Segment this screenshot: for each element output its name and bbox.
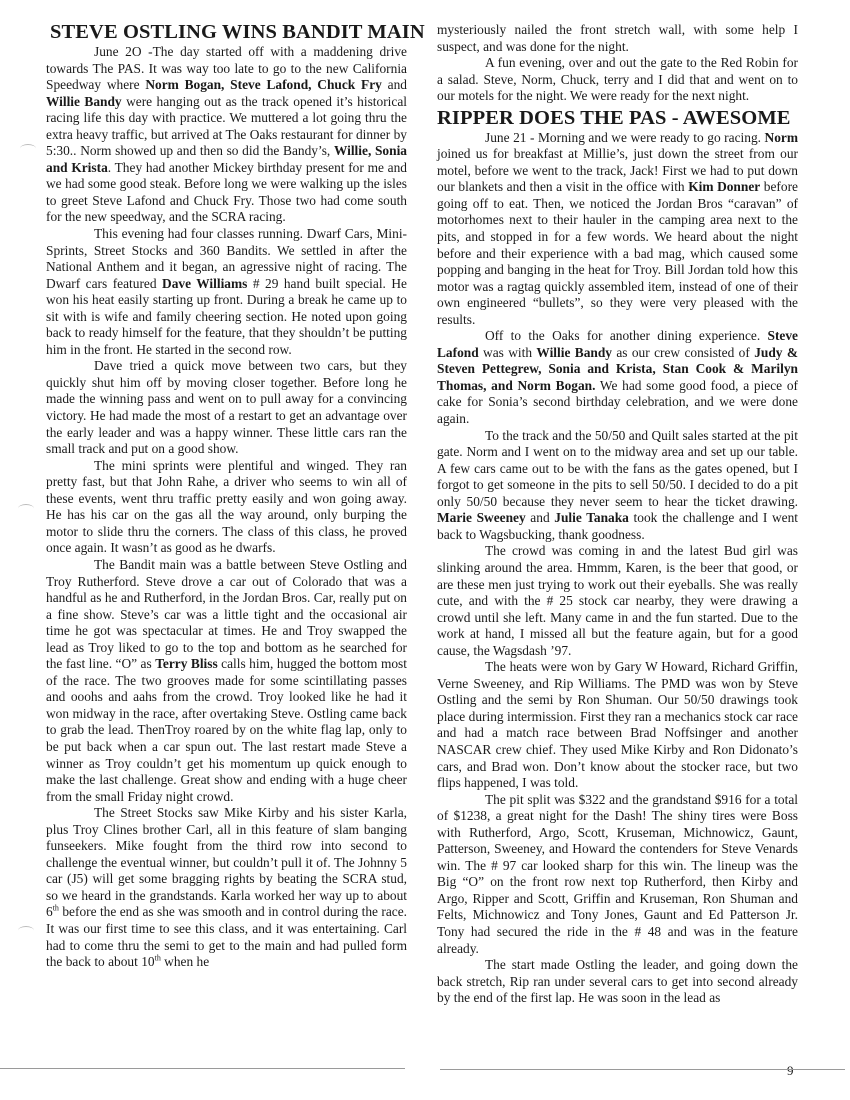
paragraph: The mini sprints were plentiful and wing… xyxy=(46,458,407,557)
paragraph: mysteriously nailed the front stretch wa… xyxy=(437,22,798,55)
scan-edge-line xyxy=(440,1069,845,1070)
right-column: mysteriously nailed the front stretch wa… xyxy=(437,22,798,1007)
bold-name: Julie Tanaka xyxy=(554,510,629,525)
bold-name: Willie, Sonia and Krista xyxy=(46,143,407,175)
bold-name: Willie Bandy xyxy=(536,345,612,360)
newsletter-page: STEVE OSTLING WINS BANDIT MAIN June 2O -… xyxy=(0,0,850,1100)
page-number: 9 xyxy=(787,1063,794,1079)
article-continuation: mysteriously nailed the front stretch wa… xyxy=(437,22,798,105)
binder-hole-mark xyxy=(18,926,34,935)
paragraph: To the track and the 50/50 and Quilt sal… xyxy=(437,428,798,544)
bold-name: Judy & Steven Pettegrew, Sonia and Krist… xyxy=(437,345,798,393)
article-headline-ripper: RIPPER DOES THE PAS - AWESOME xyxy=(437,106,798,130)
bold-name: Willie Bandy xyxy=(46,94,122,109)
paragraph: This evening had four classes running. D… xyxy=(46,226,407,358)
bold-name: Dave Williams xyxy=(162,276,247,291)
binder-hole-mark xyxy=(20,144,36,153)
bold-name: Kim Donner xyxy=(688,179,760,194)
bold-name: Norm xyxy=(765,130,798,145)
paragraph: June 21 - Morning and we were ready to g… xyxy=(437,130,798,329)
paragraph: A fun evening, over and out the gate to … xyxy=(437,55,798,105)
ordinal-suffix: th xyxy=(155,954,161,963)
binder-hole-mark xyxy=(18,504,34,513)
bold-name: Terry Bliss xyxy=(155,656,218,671)
paragraph: Off to the Oaks for another dining exper… xyxy=(437,328,798,427)
paragraph: The heats were won by Gary W Howard, Ric… xyxy=(437,659,798,791)
bold-name: Steve Lafond xyxy=(437,328,798,360)
left-column: STEVE OSTLING WINS BANDIT MAIN June 2O -… xyxy=(46,20,407,971)
bold-name: Marie Sweeney xyxy=(437,510,526,525)
article-body-steve-ostling: June 2O -The day started off with a madd… xyxy=(46,44,407,971)
paragraph: The crowd was coming in and the latest B… xyxy=(437,543,798,659)
scan-edge-line xyxy=(0,1068,405,1069)
article-body-ripper: June 21 - Morning and we were ready to g… xyxy=(437,130,798,1007)
paragraph: The Bandit main was a battle between Ste… xyxy=(46,557,407,805)
ordinal-suffix: th xyxy=(53,904,59,913)
paragraph: Dave tried a quick move between two cars… xyxy=(46,358,407,457)
bold-name: Norm Bogan, Steve Lafond, Chuck Fry xyxy=(145,77,382,92)
paragraph: The Street Stocks saw Mike Kirby and his… xyxy=(46,805,407,970)
article-headline-steve-ostling: STEVE OSTLING WINS BANDIT MAIN xyxy=(50,20,407,44)
paragraph: The pit split was $322 and the grandstan… xyxy=(437,792,798,957)
paragraph: The start made Ostling the leader, and g… xyxy=(437,957,798,1007)
paragraph: June 2O -The day started off with a madd… xyxy=(46,44,407,226)
